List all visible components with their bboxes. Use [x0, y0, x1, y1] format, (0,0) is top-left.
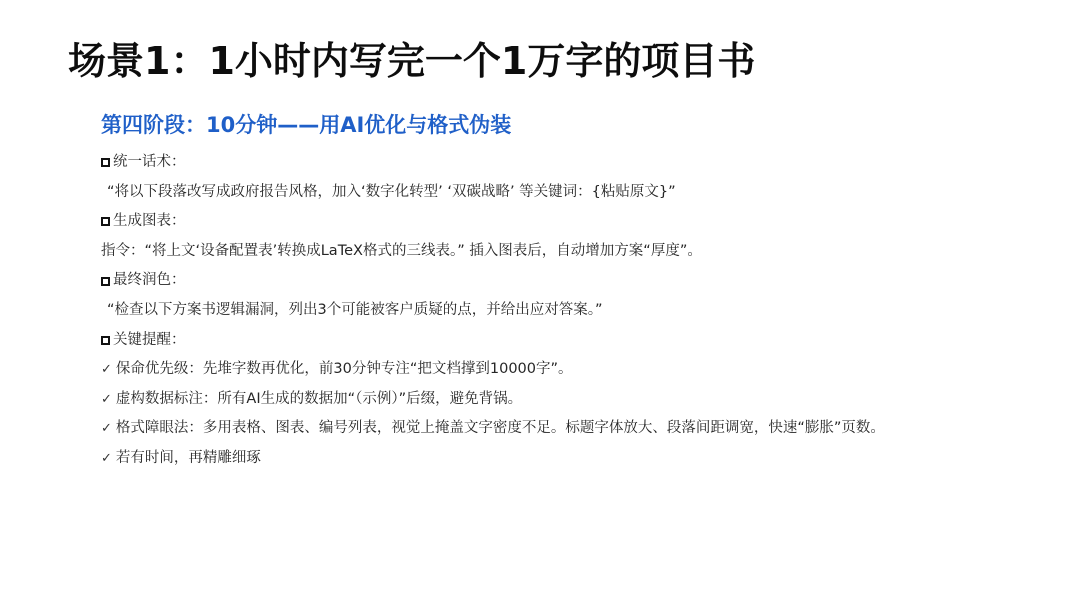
section-heading-label: 关键提醒： — [113, 326, 186, 356]
section-text: 指令：“将上文‘设备配置表’转换成LaTeX格式的三线表。” 插入图表后，自动增… — [101, 237, 1041, 267]
checkbox-square-icon — [101, 336, 110, 345]
reminder-text: 格式障眼法：多用表格、图表、编号列表，视觉上掩盖文字密度不足。标题字体放大、段落… — [116, 414, 885, 444]
section-text: “检查以下方案书逻辑漏洞，列出3个可能被客户质疑的点，并给出应对答案。” — [101, 296, 1041, 326]
checkbox-square-icon — [101, 217, 110, 226]
reminder-item: ✓ 保命优先级：先堆字数再优化，前30分钟专注“把文档撑到10000字”。 — [101, 355, 1041, 385]
reminder-text: 虚构数据标注：所有AI生成的数据加“（示例）”后缀，避免背锅。 — [116, 385, 522, 415]
section-heading-unified-wording: 统一话术： — [101, 148, 1041, 178]
reminder-text: 若有时间，再精雕细琢 — [116, 444, 261, 474]
section-heading-key-reminders: 关键提醒： — [101, 326, 1041, 356]
reminder-text: 保命优先级：先堆字数再优化，前30分钟专注“把文档撑到10000字”。 — [116, 355, 573, 385]
reminder-item: ✓ 虚构数据标注：所有AI生成的数据加“（示例）”后缀，避免背锅。 — [101, 385, 1041, 415]
section-heading-generate-charts: 生成图表： — [101, 207, 1041, 237]
section-text: “将以下段落改写成政府报告风格，加入‘数字化转型’ ‘双碳战略’ 等关键词：{粘… — [101, 178, 1041, 208]
checkmark-icon: ✓ — [101, 414, 112, 444]
section-heading-label: 统一话术： — [113, 148, 186, 178]
checkmark-icon: ✓ — [101, 444, 112, 474]
slide-title: 场景1：1小时内写完一个1万字的项目书 — [68, 36, 755, 86]
section-heading-label: 最终润色： — [113, 266, 186, 296]
section-heading-final-polish: 最终润色： — [101, 266, 1041, 296]
reminder-item: ✓ 格式障眼法：多用表格、图表、编号列表，视觉上掩盖文字密度不足。标题字体放大、… — [101, 414, 1041, 444]
checkmark-icon: ✓ — [101, 385, 112, 415]
slide-subtitle: 第四阶段：10分钟——用AI优化与格式伪装 — [101, 110, 511, 140]
reminder-item: ✓ 若有时间，再精雕细琢 — [101, 444, 1041, 474]
section-heading-label: 生成图表： — [113, 207, 186, 237]
checkbox-square-icon — [101, 158, 110, 167]
slide-body: 统一话术： “将以下段落改写成政府报告风格，加入‘数字化转型’ ‘双碳战略’ 等… — [101, 148, 1041, 474]
checkmark-icon: ✓ — [101, 355, 112, 385]
checkbox-square-icon — [101, 277, 110, 286]
presentation-slide: 场景1：1小时内写完一个1万字的项目书 第四阶段：10分钟——用AI优化与格式伪… — [0, 0, 1080, 607]
